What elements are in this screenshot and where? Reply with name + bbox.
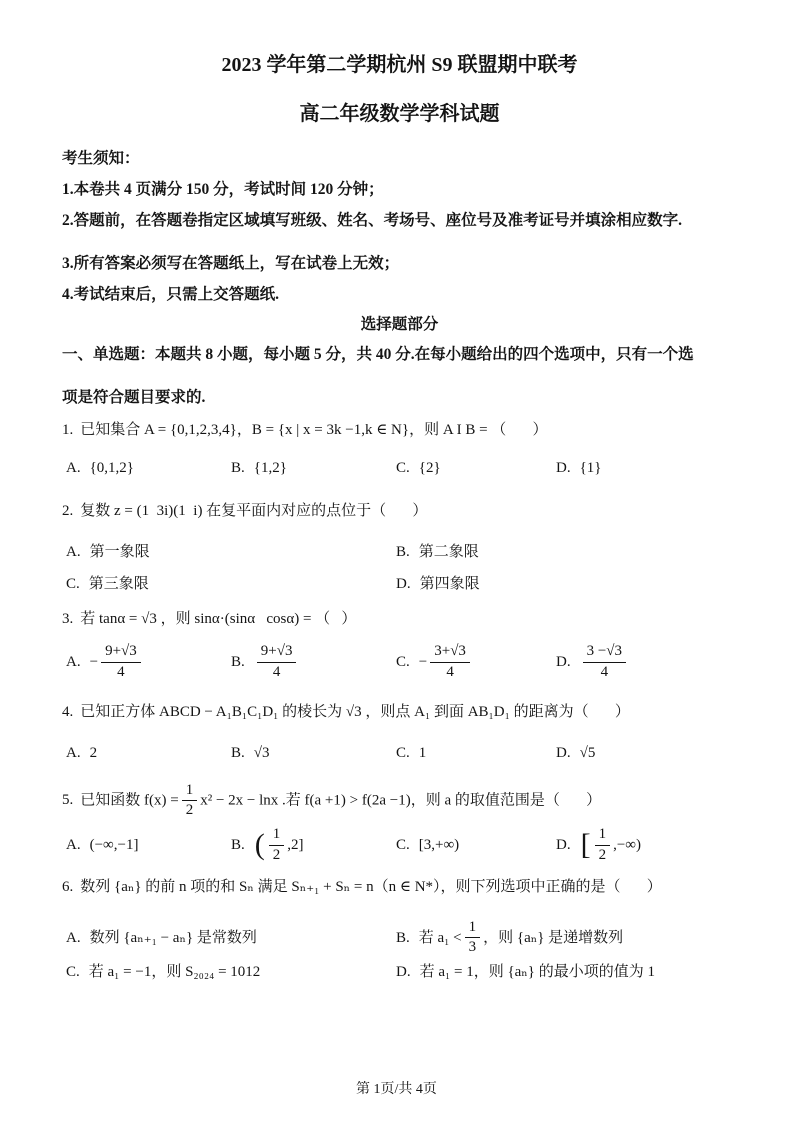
question-5-stem: 5.已知函数 f(x) =12x² − 2x − lnx .若 f(a +1) … [62,783,737,820]
option-3d-label: D. [556,650,571,674]
option-2c-label: C. [66,572,80,596]
option-2d: D.第四象限 [396,572,737,596]
option-5d-label: D. [556,833,571,857]
option-5b-label: B. [231,833,245,857]
option-4c-label: C. [396,741,410,765]
option-3b-denominator: 4 [257,663,297,681]
question-2-stem: 2.复数 z = (1 3i)(1 i) 在复平面内对应的点位于（ ） [62,498,737,524]
option-5d-open-bracket: [ [581,833,591,857]
option-6b: B.若 a₁ <13，则 {aₙ} 是递增数列 [396,920,737,957]
question-2-options-row2: C.第三象限 D.第四象限 [62,572,737,596]
option-3c-sign: − [419,650,427,674]
exam-page: 2023 学年第二学期杭州 S9 联盟期中联考 高二年级数学学科试题 考生须知：… [0,0,793,1122]
section-instructions-line1: 一、单选题：本题共 8 小题，每小题 5 分，共 40 分.在每小题给出的四个选… [62,344,737,365]
option-2d-label: D. [396,572,411,596]
option-1b-label: B. [231,456,245,480]
option-4d-text: √5 [580,741,596,765]
question-6-options-row2: C.若 a₁ = −1，则 S₂₀₂₄ = 1012 D.若 a₁ = 1，则 … [62,960,737,984]
option-5b: B.(12,2] [231,827,396,864]
option-5b-denominator: 2 [269,846,285,864]
option-6b-text-pre: 若 a₁ < [419,926,462,950]
option-5a-label: A. [66,833,81,857]
option-3d-numerator: 3 −√3 [583,644,626,663]
option-1c-label: C. [396,456,410,480]
question-6-options-row1: A.数列 {aₙ₊₁ − aₙ} 是常数列 B.若 a₁ <13，则 {aₙ} … [62,920,737,957]
option-6b-text-post: ，则 {aₙ} 是递增数列 [483,926,623,950]
question-2-number: 2. [62,503,73,519]
option-1a-label: A. [66,456,81,480]
question-5-options: A.(−∞,−1] B.(12,2] C.[3,+∞) D.[12,−∞) [62,827,737,864]
question-5-text-a: 已知函数 f(x) = [80,792,178,808]
option-3c: C.−3+√34 [396,644,556,681]
question-6-stem: 6.数列 {aₙ} 的前 n 项的和 Sₙ 满足 Sₙ₊₁ + Sₙ = n（n… [62,874,737,900]
option-3b-fraction: 9+√34 [257,644,297,681]
notice-item-4: 4.考试结束后，只需上交答题纸. [62,284,737,305]
option-1d-text: {1} [580,456,602,480]
question-1: 1.已知集合 A = {0,1,2,3,4}，B = {x | x = 3k −… [62,418,737,480]
option-3c-label: C. [396,650,410,674]
section-instructions-line2: 项是符合题目要求的. [62,387,737,408]
option-1b: B.{1,2} [231,456,396,480]
question-3-number: 3. [62,611,73,627]
question-3-stem: 3.若 tanα = √3 ，则 sinα·(sinα cosα) = （ ） [62,606,737,632]
option-5d-denominator: 2 [595,846,611,864]
option-4d-label: D. [556,741,571,765]
question-1-stem: 1.已知集合 A = {0,1,2,3,4}，B = {x | x = 3k −… [62,418,737,442]
option-3b-label: B. [231,650,245,674]
option-5a-text: (−∞,−1] [90,833,139,857]
option-5b-fraction: 12 [269,827,285,864]
option-3c-fraction: 3+√34 [430,644,470,681]
option-6d-text: 若 a₁ = 1，则 {aₙ} 的最小项的值为 1 [420,960,655,984]
option-3a: A.−9+√34 [66,644,231,681]
question-6: 6.数列 {aₙ} 的前 n 项的和 Sₙ 满足 Sₙ₊₁ + Sₙ = n（n… [62,874,737,985]
question-3-text: 若 tanα = √3 ，则 sinα·(sinα cosα) = （ ） [80,611,356,627]
option-6c-text: 若 a₁ = −1，则 S₂₀₂₄ = 1012 [89,960,261,984]
question-3: 3.若 tanα = √3 ，则 sinα·(sinα cosα) = （ ） … [62,606,737,681]
question-6-text: 数列 {aₙ} 的前 n 项的和 Sₙ 满足 Sₙ₊₁ + Sₙ = n（n ∈… [80,879,662,895]
question-4-text: 已知正方体 ABCD − A₁B₁C₁D₁ 的棱长为 √3 ，则点 A₁ 到面 … [80,704,630,720]
exam-title: 2023 学年第二学期杭州 S9 联盟期中联考 [62,52,737,79]
option-6b-label: B. [396,926,410,950]
question-2: 2.复数 z = (1 3i)(1 i) 在复平面内对应的点位于（ ） A.第一… [62,498,737,596]
option-2d-text: 第四象限 [420,572,480,596]
question-5-numerator: 1 [182,783,198,802]
option-6c-label: C. [66,960,80,984]
question-2-text: 复数 z = (1 3i)(1 i) 在复平面内对应的点位于（ ） [80,503,427,519]
question-4: 4.已知正方体 ABCD − A₁B₁C₁D₁ 的棱长为 √3 ，则点 A₁ 到… [62,699,737,765]
notice-item-2: 2.答题前，在答题卷指定区域填写班级、姓名、考场号、座位号及准考证号并填涂相应数… [62,210,737,231]
option-2b-label: B. [396,540,410,564]
option-2c-text: 第三象限 [89,572,149,596]
question-5-number: 5. [62,792,73,808]
option-5a: A.(−∞,−1] [66,827,231,864]
option-2a-text: 第一象限 [90,540,150,564]
option-4c: C.1 [396,741,556,765]
option-3a-numerator: 9+√3 [101,644,141,663]
section-title: 选择题部分 [62,314,737,335]
option-2c: C.第三象限 [66,572,396,596]
option-5d-text: ,−∞) [613,833,641,857]
option-3d-denominator: 4 [583,663,626,681]
option-3a-fraction: 9+√34 [101,644,141,681]
option-3b-numerator: 9+√3 [257,644,297,663]
question-1-number: 1. [62,422,73,438]
page-content: 2023 学年第二学期杭州 S9 联盟期中联考 高二年级数学学科试题 考生须知：… [0,0,793,984]
option-2a-label: A. [66,540,81,564]
option-6d: D.若 a₁ = 1，则 {aₙ} 的最小项的值为 1 [396,960,737,984]
option-1d: D.{1} [556,456,737,480]
option-6a-label: A. [66,926,81,950]
option-4d: D.√5 [556,741,737,765]
option-4c-text: 1 [419,741,427,765]
option-4b-text: √3 [254,741,270,765]
option-6a-text: 数列 {aₙ₊₁ − aₙ} 是常数列 [90,926,257,950]
option-3d: D.3 −√34 [556,644,737,681]
option-6c: C.若 a₁ = −1，则 S₂₀₂₄ = 1012 [66,960,396,984]
question-4-stem: 4.已知正方体 ABCD − A₁B₁C₁D₁ 的棱长为 √3 ，则点 A₁ 到… [62,699,737,725]
option-1c: C.{2} [396,456,556,480]
option-3c-denominator: 4 [430,663,470,681]
option-6b-numerator: 1 [465,920,481,939]
notice-item-1: 1.本卷共 4 页满分 150 分，考试时间 120 分钟； [62,179,737,200]
option-5c-text: [3,+∞) [419,833,459,857]
question-5-text-b: x² − 2x − lnx .若 f(a +1) > f(2a −1)，则 a … [200,792,601,808]
option-1a-text: {0,1,2} [90,456,134,480]
exam-subtitle: 高二年级数学学科试题 [62,101,737,128]
question-5-fraction: 12 [182,783,198,820]
option-2b-text: 第二象限 [419,540,479,564]
notice-heading: 考生须知： [62,148,737,169]
option-1d-label: D. [556,456,571,480]
page-footer: 第 1页/共 4页 [0,1078,793,1098]
option-4b-label: B. [231,741,245,765]
option-5c: C.[3,+∞) [396,827,556,864]
question-5: 5.已知函数 f(x) =12x² − 2x − lnx .若 f(a +1) … [62,783,737,864]
option-1c-text: {2} [419,456,441,480]
option-3b: B.9+√34 [231,644,396,681]
option-1b-text: {1,2} [254,456,287,480]
option-6b-fraction: 13 [465,920,481,957]
question-4-number: 4. [62,704,73,720]
option-2a: A.第一象限 [66,540,396,564]
option-3a-sign: − [90,650,98,674]
option-5d: D.[12,−∞) [556,827,737,864]
option-6a: A.数列 {aₙ₊₁ − aₙ} 是常数列 [66,920,396,957]
option-5c-label: C. [396,833,410,857]
option-6b-denominator: 3 [465,938,481,956]
question-3-options: A.−9+√34 B.9+√34 C.−3+√34 D.3 −√34 [62,644,737,681]
option-3d-fraction: 3 −√34 [583,644,626,681]
question-1-text: 已知集合 A = {0,1,2,3,4}，B = {x | x = 3k −1,… [80,422,547,438]
option-1a: A.{0,1,2} [66,456,231,480]
option-4a: A.2 [66,741,231,765]
question-6-number: 6. [62,879,73,895]
option-4a-text: 2 [90,741,98,765]
question-5-denominator: 2 [182,801,198,819]
option-3a-denominator: 4 [101,663,141,681]
option-3c-numerator: 3+√3 [430,644,470,663]
option-3a-label: A. [66,650,81,674]
question-1-options: A.{0,1,2} B.{1,2} C.{2} D.{1} [62,456,737,480]
option-5b-text: ,2] [287,833,303,857]
question-4-options: A.2 B.√3 C.1 D.√5 [62,741,737,765]
option-5d-fraction: 12 [595,827,611,864]
option-6d-label: D. [396,960,411,984]
notice-item-3: 3.所有答案必须写在答题纸上，写在试卷上无效； [62,253,737,274]
option-4a-label: A. [66,741,81,765]
option-2b: B.第二象限 [396,540,737,564]
option-5d-numerator: 1 [595,827,611,846]
option-5b-numerator: 1 [269,827,285,846]
question-2-options-row1: A.第一象限 B.第二象限 [62,540,737,564]
option-5b-open-bracket: ( [255,833,265,857]
option-4b: B.√3 [231,741,396,765]
